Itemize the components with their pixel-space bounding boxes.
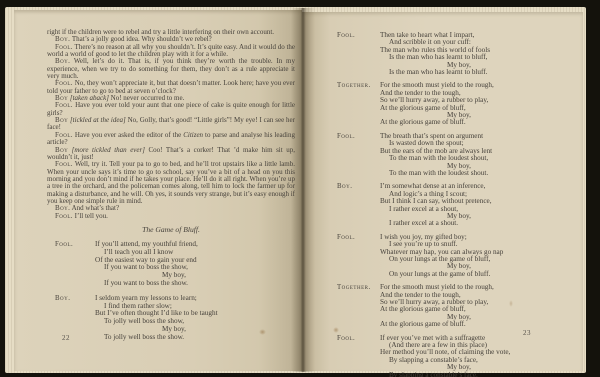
book-spread: right if the children were to rebel and … bbox=[0, 0, 600, 377]
verse-speaker-label: Fool. bbox=[337, 234, 380, 241]
verse-speaker-label: Fool. bbox=[337, 335, 380, 342]
verse-stanza: Fool.If ever you’ve met with a suffraget… bbox=[337, 335, 569, 377]
prose-paragraph: Fool. No, they won’t appreciate it, but … bbox=[47, 80, 295, 95]
prose-paragraph: Fool. Have you ever told your aunt that … bbox=[47, 102, 295, 117]
prose-paragraph: Fool. Have you ever asked the editor of … bbox=[47, 132, 295, 147]
verse-line: If you want to boss the show. bbox=[95, 280, 295, 288]
verse-stanza: Fool.The breath that’s spent on argument… bbox=[337, 133, 569, 177]
verse-lines: For the smooth must yield to the rough,A… bbox=[380, 284, 569, 328]
prose-paragraph: Boy [tickled at the idea] No, Golly, tha… bbox=[47, 117, 295, 132]
verse-lines: I seldom yearn my lessons to learn;I fin… bbox=[95, 295, 295, 342]
verse-line: Is the man who has learnt to bluff, bbox=[380, 54, 569, 61]
verse-speaker-label: Fool. bbox=[337, 133, 380, 140]
verse-line: At the glorious game of bluff. bbox=[380, 119, 569, 126]
verse-stanza: Fool.Then take to heart what I impart,An… bbox=[337, 32, 569, 76]
text-segment: Have you ever asked the editor of the bbox=[73, 131, 183, 139]
verse-lines: For the smooth must yield to the rough,A… bbox=[380, 82, 569, 126]
verse-lines: Then take to heart what I impart,And scr… bbox=[380, 32, 569, 76]
left-page-verses: Fool.If you’ll attend, my youthful frien… bbox=[47, 241, 295, 342]
verse-speaker-label: Together. bbox=[337, 82, 380, 89]
verse-line: At the glorious game of bluff, bbox=[380, 105, 569, 112]
text-segment: Well, let’s do it. That is, if you think… bbox=[47, 57, 295, 80]
speaker-label: Fool. bbox=[55, 212, 73, 220]
verse-speaker-label: Fool. bbox=[337, 32, 380, 39]
right-page: Fool.Then take to heart what I impart,An… bbox=[302, 12, 583, 371]
prose-paragraph: Fool. Well, try it. Tell your pa to go t… bbox=[47, 161, 295, 205]
verse-stanza: Together.For the smooth must yield to th… bbox=[337, 82, 569, 126]
prose-paragraph: Fool. I’ll tell you. bbox=[47, 213, 295, 220]
verse-line: To the man with the loudest shout. bbox=[380, 170, 569, 177]
verse-line: If you want to boss the show, bbox=[95, 264, 295, 272]
verse-line: On your lungs at the game of bluff, bbox=[380, 256, 569, 263]
text-segment: No, they won’t appreciate it, but that d… bbox=[47, 79, 295, 94]
verse-line: By slapping a constable’s face. bbox=[380, 372, 569, 377]
verse-line: I rather excel at a shout, bbox=[380, 206, 569, 213]
verse-stanza: Boy.I’m somewhat dense at an inference,A… bbox=[337, 183, 569, 227]
verse-line: On your lungs at the game of bluff. bbox=[380, 271, 569, 278]
verse-line: To jolly well boss the show. bbox=[95, 334, 295, 342]
text-segment: Have you ever told your aunt that one pi… bbox=[47, 101, 295, 116]
verse-lines: I’m somewhat dense at an inference,And l… bbox=[380, 183, 569, 227]
text-segment: I’ll tell you. bbox=[73, 212, 108, 220]
verse-line: At the glorious game of bluff. bbox=[380, 321, 569, 328]
verse-lines: I wish you joy, my gifted boy;I see you’… bbox=[380, 234, 569, 278]
prose-paragraph: Fool. There’s no reason at all why you s… bbox=[47, 44, 295, 59]
text-segment: Citizen bbox=[183, 131, 203, 139]
verse-speaker-label: Together. bbox=[337, 284, 380, 291]
verse-line: By slapping a constable’s face, bbox=[380, 357, 569, 364]
verse-speaker-label: Boy. bbox=[55, 295, 95, 303]
verse-line: At the glorious game of bluff, bbox=[380, 306, 569, 313]
verse-speaker-label: Boy. bbox=[337, 183, 380, 190]
text-segment: [tickled at the idea] bbox=[68, 116, 126, 124]
verse-lines: If ever you’ve met with a suffragette(An… bbox=[380, 335, 569, 377]
section-heading: The Game of Bluff. bbox=[47, 225, 295, 234]
verse-speaker-label: Fool. bbox=[55, 241, 95, 249]
page-number-left: 22 bbox=[62, 334, 70, 342]
verse-line: To the man with the loudest shout, bbox=[380, 155, 569, 162]
verse-stanza: Boy.I seldom yearn my lessons to learn;I… bbox=[55, 295, 295, 342]
text-segment: There’s no reason at all why you shouldn… bbox=[47, 43, 295, 58]
verse-stanza: Fool.I wish you joy, my gifted boy;I see… bbox=[337, 234, 569, 278]
prose-paragraph: Boy [more tickled than ever] Coo! That’s… bbox=[47, 147, 295, 162]
verse-lines: The breath that’s spent on argumentIs wa… bbox=[380, 133, 569, 177]
verse-line: Is the man who has learnt to bluff. bbox=[380, 69, 569, 76]
text-segment: Well, try it. Tell your pa to go to bed,… bbox=[47, 160, 295, 205]
right-page-verses: Fool.Then take to heart what I impart,An… bbox=[337, 32, 569, 377]
verse-line: I rather excel at a shout. bbox=[380, 220, 569, 227]
page-number-right: 23 bbox=[523, 329, 531, 337]
verse-line: To jolly well boss the show, bbox=[95, 318, 295, 326]
left-page: right if the children were to rebel and … bbox=[14, 10, 302, 371]
verse-lines: If you’ll attend, my youthful friend,I’l… bbox=[95, 241, 295, 288]
verse-stanza: Together.For the smooth must yield to th… bbox=[337, 284, 569, 328]
prose-paragraph: Boy. Well, let’s do it. That is, if you … bbox=[47, 58, 295, 80]
verse-stanza: Fool.If you’ll attend, my youthful frien… bbox=[55, 241, 295, 288]
left-page-prose: right if the children were to rebel and … bbox=[47, 29, 295, 220]
